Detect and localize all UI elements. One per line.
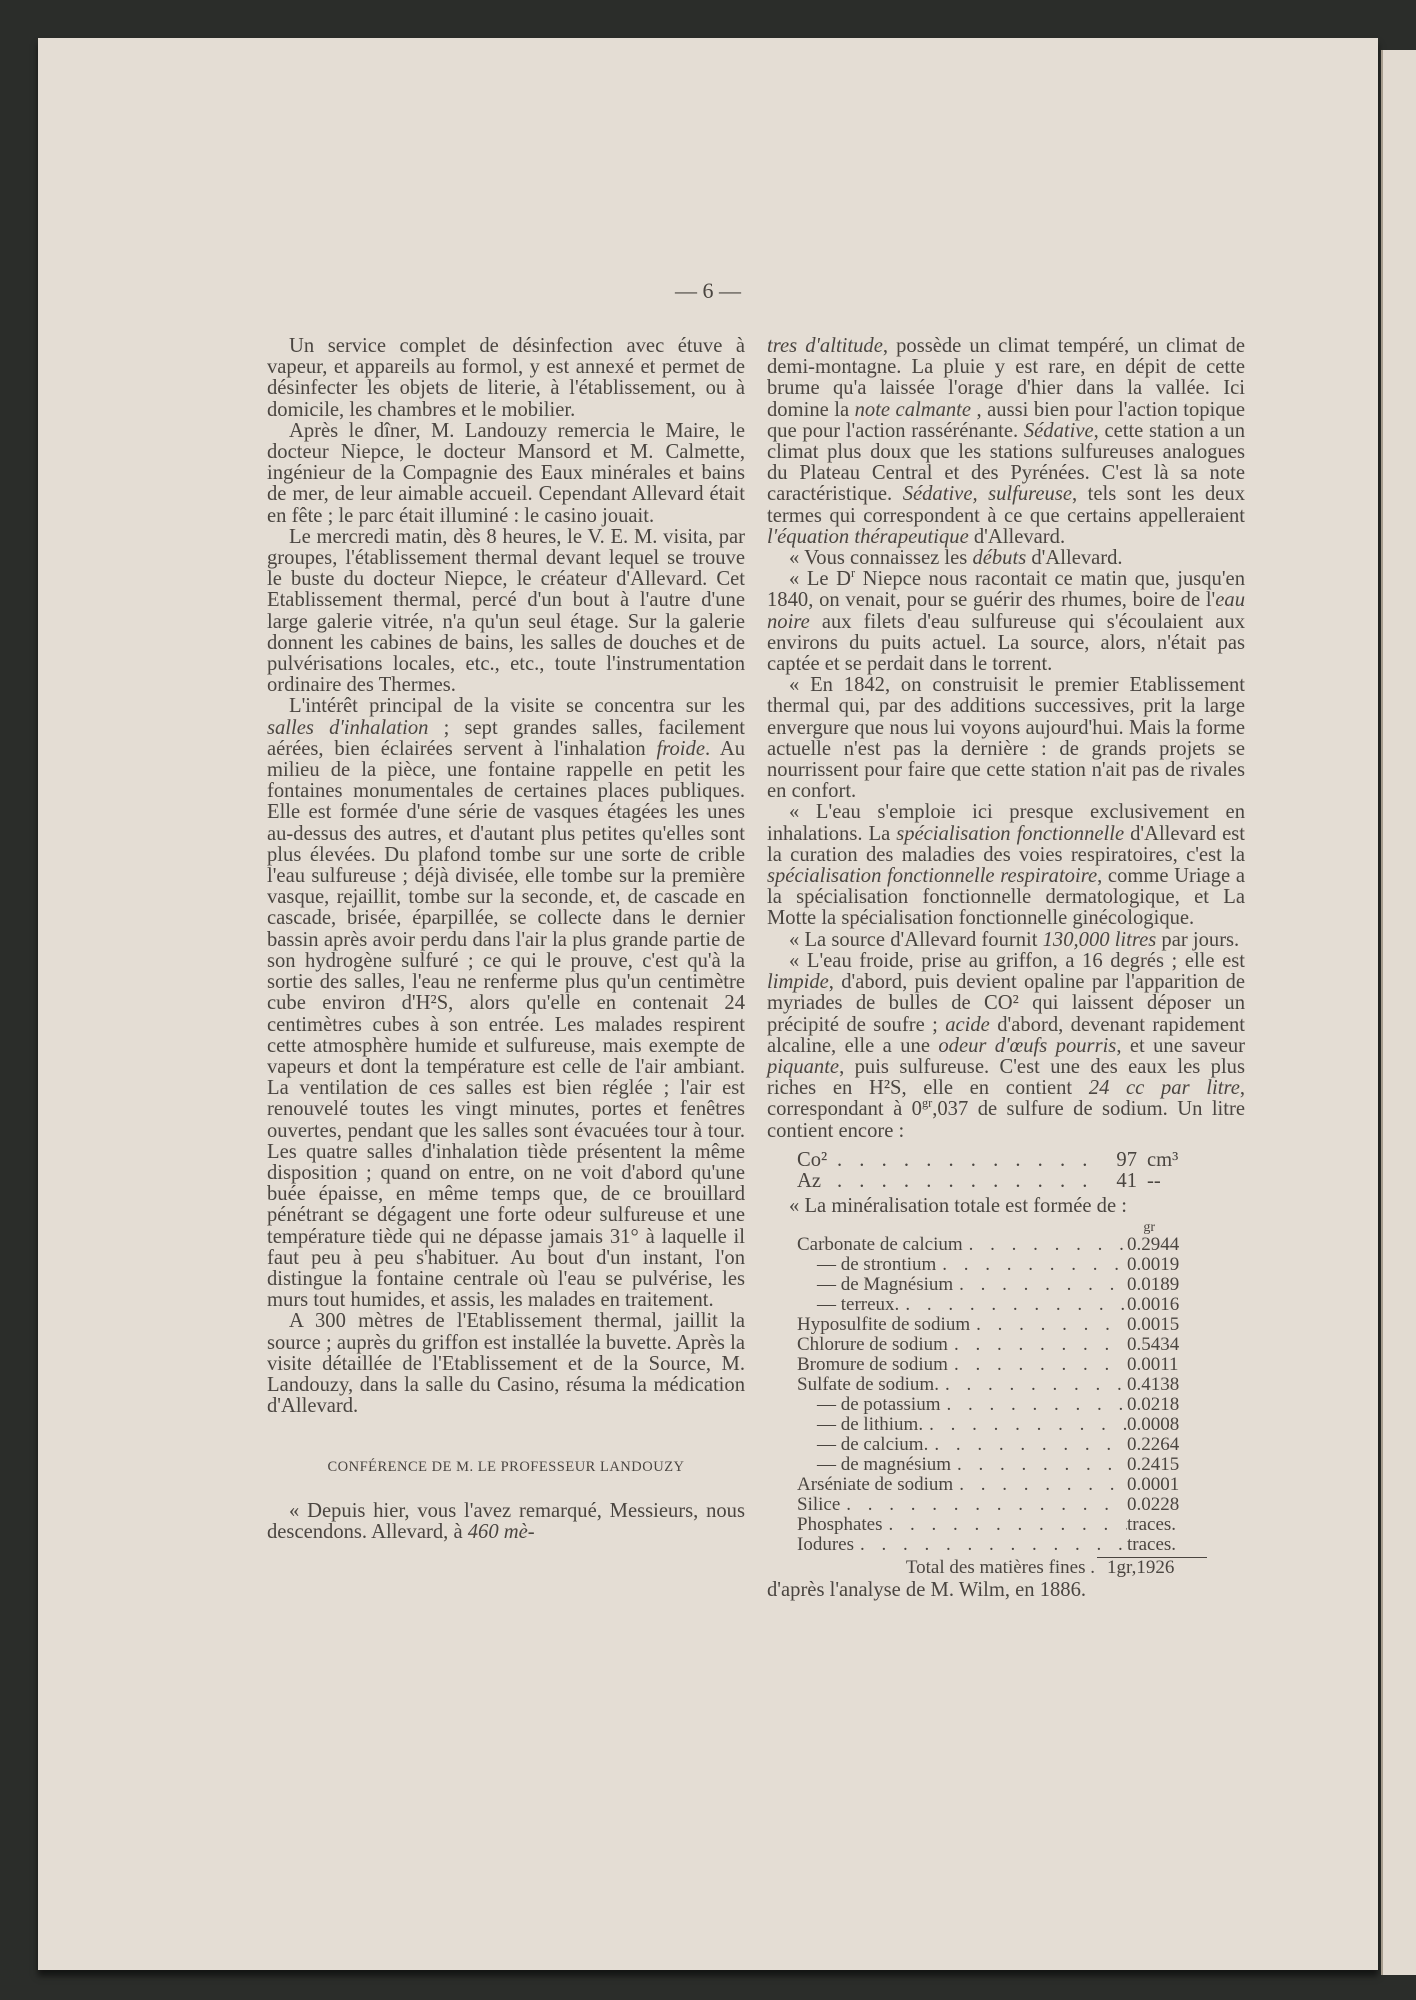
- left-column: Un service complet de désinfection avec …: [267, 336, 745, 1543]
- mineral-table: gr Carbonate de calcium . . . . . . . . …: [797, 1221, 1207, 1578]
- mineral-row: — de potassium . . . . . . . . . . . . .…: [797, 1395, 1207, 1415]
- dot-leader: . . . . . . . . . . . . . . . . . . . . …: [846, 1495, 1127, 1515]
- paragraph: d'après l'analyse de M. Wilm, en 1886.: [767, 1580, 1245, 1601]
- mineral-value: 0.0015: [1127, 1315, 1207, 1335]
- paragraph: Le mercredi matin, dès 8 heures, le V. E…: [267, 527, 745, 697]
- mineral-row: — de strontium . . . . . . . . . . . . .…: [797, 1255, 1207, 1275]
- gas-row: Co² . . . . . . . . . . . . . . . . . . …: [797, 1150, 1197, 1171]
- paragraph: « Depuis hier, vous l'avez remarqué, Mes…: [267, 1501, 745, 1543]
- mineral-label: Arséniate de sodium: [797, 1475, 959, 1495]
- mineral-label: — de strontium: [797, 1255, 942, 1275]
- mineral-label: Sulfate de sodium.: [797, 1375, 945, 1395]
- mineral-value: 0.4138: [1127, 1375, 1207, 1395]
- text-run: « La source d'Allevard fournit: [789, 929, 1043, 951]
- mineral-row: — de magnésium . . . . . . . . . . . . .…: [797, 1455, 1207, 1475]
- italic-text: salles d'inhalation: [267, 717, 428, 739]
- mineral-label: Iodures: [797, 1535, 860, 1555]
- mineral-value: 0.0019: [1127, 1255, 1207, 1275]
- paragraph: Un service complet de désinfection avec …: [267, 336, 745, 421]
- italic-text: note calmante: [855, 399, 971, 421]
- mineral-value: traces.: [1127, 1535, 1207, 1555]
- text-run: d'Allevard.: [969, 526, 1065, 548]
- page-number: — 6 —: [38, 278, 1378, 304]
- mineral-value: 0.0189: [1127, 1275, 1207, 1295]
- mineral-value: 0.2264: [1127, 1435, 1207, 1455]
- mineral-label: — de lithium.: [797, 1415, 929, 1435]
- italic-text: Sédative, sulfureuse: [903, 483, 1072, 505]
- next-page-edge: [1381, 50, 1416, 1975]
- dot-leader: . . . . . . . . . . . . . . . . . . . . …: [959, 1275, 1127, 1295]
- gas-value: 97: [1097, 1150, 1137, 1171]
- mineral-value: 0.0218: [1127, 1395, 1207, 1415]
- mineral-label: — de potassium: [797, 1395, 947, 1415]
- italic-text: limpide: [767, 971, 829, 993]
- dot-leader: . . . . . . . . . . . . . . . . . . . . …: [929, 1415, 1127, 1435]
- italic-text: piquante: [767, 1056, 839, 1078]
- paragraph: « En 1842, on construisit le premier Eta…: [767, 675, 1245, 802]
- gas-label: Co²: [797, 1150, 837, 1171]
- dot-leader: . . . . . . . . . . . . . . . . . . . . …: [954, 1355, 1127, 1375]
- document-page: — 6 — Un service complet de désinfection…: [38, 38, 1378, 1970]
- paragraph: « L'eau froide, prise au griffon, a 16 d…: [767, 951, 1245, 1142]
- paragraph: « Le Dr Niepce nous racontait ce matin q…: [767, 569, 1245, 675]
- mineral-row: Carbonate de calcium . . . . . . . . . .…: [797, 1235, 1207, 1255]
- italic-text: 24 cc par litre: [1089, 1077, 1240, 1099]
- superscript: gr: [922, 1096, 932, 1110]
- gas-table: Co² . . . . . . . . . . . . . . . . . . …: [797, 1150, 1197, 1192]
- mineral-row: Hyposulfite de sodium . . . . . . . . . …: [797, 1315, 1207, 1335]
- mineral-value: 0.2944: [1127, 1235, 1207, 1255]
- mineral-value: 0.5434: [1127, 1335, 1207, 1355]
- total-label: Total des matières fines .: [906, 1558, 1095, 1578]
- paragraph: A 300 mètres de l'Etablissement thermal,…: [267, 1311, 745, 1417]
- mineral-label: — terreux.: [797, 1295, 905, 1315]
- paragraph: « L'eau s'emploie ici presque exclusivem…: [767, 802, 1245, 929]
- dot-leader: . . . . . . . . . . . . . . . . . . . . …: [889, 1515, 1128, 1535]
- text-run: . Au milieu de la pièce, une fontaine ra…: [267, 738, 745, 1311]
- dot-leader: . . . . . . . . . . . . . . . . . . . . …: [934, 1435, 1127, 1455]
- mineral-value: 0.0016: [1127, 1295, 1207, 1315]
- dot-leader: . . . . . . . . . . . . . . . . . . . . …: [954, 1335, 1127, 1355]
- gas-row: Az . . . . . . . . . . . . . . . . . . .…: [797, 1171, 1197, 1192]
- italic-text: 460 mè-: [468, 1521, 535, 1543]
- dot-leader: . . . . . . . . . . . . . . . . . . . . …: [959, 1475, 1127, 1495]
- dot-leader: . . . . . . . . . . . . . . . . . . . . …: [969, 1235, 1127, 1255]
- paragraph: tres d'altitude, possède un climat tempé…: [767, 336, 1245, 548]
- mineral-row: Silice . . . . . . . . . . . . . . . . .…: [797, 1495, 1207, 1515]
- total-row: Total des matières fines . 1gr,1926: [797, 1558, 1207, 1578]
- mineral-value: 0.0011: [1127, 1355, 1207, 1375]
- dot-leader: . . . . . . . . . . . . . . . . . . . . …: [976, 1315, 1127, 1335]
- mineral-label: Chlorure de sodium: [797, 1335, 954, 1355]
- mineral-row: — de Magnésium . . . . . . . . . . . . .…: [797, 1275, 1207, 1295]
- italic-text: froide: [657, 738, 705, 760]
- mineral-value: traces.: [1127, 1515, 1207, 1535]
- text-run: « Vous connaissez les: [789, 547, 972, 569]
- italic-text: débuts: [972, 547, 1026, 569]
- right-column: tres d'altitude, possède un climat tempé…: [767, 336, 1245, 1602]
- mineral-label: — de Magnésium: [797, 1275, 959, 1295]
- italic-text: acide: [945, 1014, 990, 1036]
- gas-unit: cm³: [1137, 1150, 1197, 1171]
- mineral-row: — de calcium. . . . . . . . . . . . . . …: [797, 1435, 1207, 1455]
- dot-leader: . . . . . . . . . . . . . . . . . . . . …: [957, 1455, 1127, 1475]
- italic-text: 130,000 litres: [1043, 929, 1157, 951]
- dot-leader: . . . . . . . . . . . . . . . . . . . .: [837, 1171, 1097, 1192]
- mineral-row: Phosphates . . . . . . . . . . . . . . .…: [797, 1515, 1207, 1535]
- mineral-label: Carbonate de calcium: [797, 1235, 969, 1255]
- mineral-value: 0.2415: [1127, 1455, 1207, 1475]
- dot-leader: . . . . . . . . . . . . . . . . . . . . …: [942, 1255, 1127, 1275]
- dot-leader: . . . . . . . . . . . . . . . . . . . . …: [945, 1375, 1127, 1395]
- mineral-value: 0.0008: [1127, 1415, 1207, 1435]
- gas-unit: --: [1137, 1171, 1197, 1192]
- unit-header: gr: [797, 1221, 1207, 1235]
- mineral-label: Hyposulfite de sodium: [797, 1315, 976, 1335]
- section-heading: CONFÉRENCE DE M. LE PROFESSEUR LANDOUZY: [267, 1457, 745, 1478]
- mineral-value: 0.0001: [1127, 1475, 1207, 1495]
- mineral-label: — de magnésium: [797, 1455, 957, 1475]
- mineral-row: — terreux. . . . . . . . . . . . . . . .…: [797, 1295, 1207, 1315]
- mineral-label: — de calcium.: [797, 1435, 934, 1455]
- text-run: d'Allevard.: [1026, 547, 1122, 569]
- paragraph: L'intérêt principal de la visite se conc…: [267, 696, 745, 1311]
- gas-value: 41: [1097, 1171, 1137, 1192]
- dot-leader: . . . . . . . . . . . . . . . . . . . . …: [947, 1395, 1128, 1415]
- dot-leader: . . . . . . . . . . . . . . . . . . . . …: [860, 1535, 1127, 1555]
- paragraph: « La source d'Allevard fournit 130,000 l…: [767, 930, 1245, 951]
- mineral-row: Iodures . . . . . . . . . . . . . . . . …: [797, 1535, 1207, 1555]
- paragraph: « Vous connaissez les débuts d'Allevard.: [767, 548, 1245, 569]
- text-run: L'intérêt principal de la visite se conc…: [289, 695, 745, 717]
- gas-label: Az: [797, 1171, 837, 1192]
- dot-leader: . . . . . . . . . . . . . . . . . . . . …: [905, 1295, 1127, 1315]
- text-run: aux filets d'eau sulfureuse qui s'écoula…: [767, 611, 1245, 675]
- italic-text: l'équation thérapeutique: [767, 526, 969, 548]
- italic-text: spécialisation fonctionnelle: [896, 823, 1124, 845]
- text-run: « Le D: [789, 568, 851, 590]
- text-run: par jours.: [1156, 929, 1239, 951]
- mineral-row: Chlorure de sodium . . . . . . . . . . .…: [797, 1335, 1207, 1355]
- mineral-rows: Carbonate de calcium . . . . . . . . . .…: [797, 1235, 1207, 1555]
- italic-text: Sédative: [1024, 420, 1094, 442]
- mineral-value: 0.0228: [1127, 1495, 1207, 1515]
- mineral-row: — de lithium. . . . . . . . . . . . . . …: [797, 1415, 1207, 1435]
- mineral-row: Arséniate de sodium . . . . . . . . . . …: [797, 1475, 1207, 1495]
- mineral-row: Sulfate de sodium. . . . . . . . . . . .…: [797, 1375, 1207, 1395]
- total-value: 1gr,1926: [1095, 1558, 1207, 1578]
- italic-text: odeur d'œufs pourris: [938, 1035, 1116, 1057]
- mineral-label: Bromure de sodium: [797, 1355, 954, 1375]
- mineral-row: Bromure de sodium . . . . . . . . . . . …: [797, 1355, 1207, 1375]
- paragraph: Après le dîner, M. Landouzy remercia le …: [267, 421, 745, 527]
- mineral-label: Phosphates: [797, 1515, 889, 1535]
- mineral-label: Silice: [797, 1495, 846, 1515]
- dot-leader: . . . . . . . . . . . . . . . . . . . .: [837, 1150, 1097, 1171]
- text-run: « L'eau froide, prise au griffon, a 16 d…: [789, 950, 1245, 972]
- paragraph: « La minéralisation totale est formée de…: [767, 1196, 1245, 1217]
- italic-text: spécialisation fonctionnelle respiratoir…: [767, 865, 1097, 887]
- italic-text: tres d'altitude: [767, 335, 883, 357]
- text-run: , et une saveur: [1116, 1035, 1245, 1057]
